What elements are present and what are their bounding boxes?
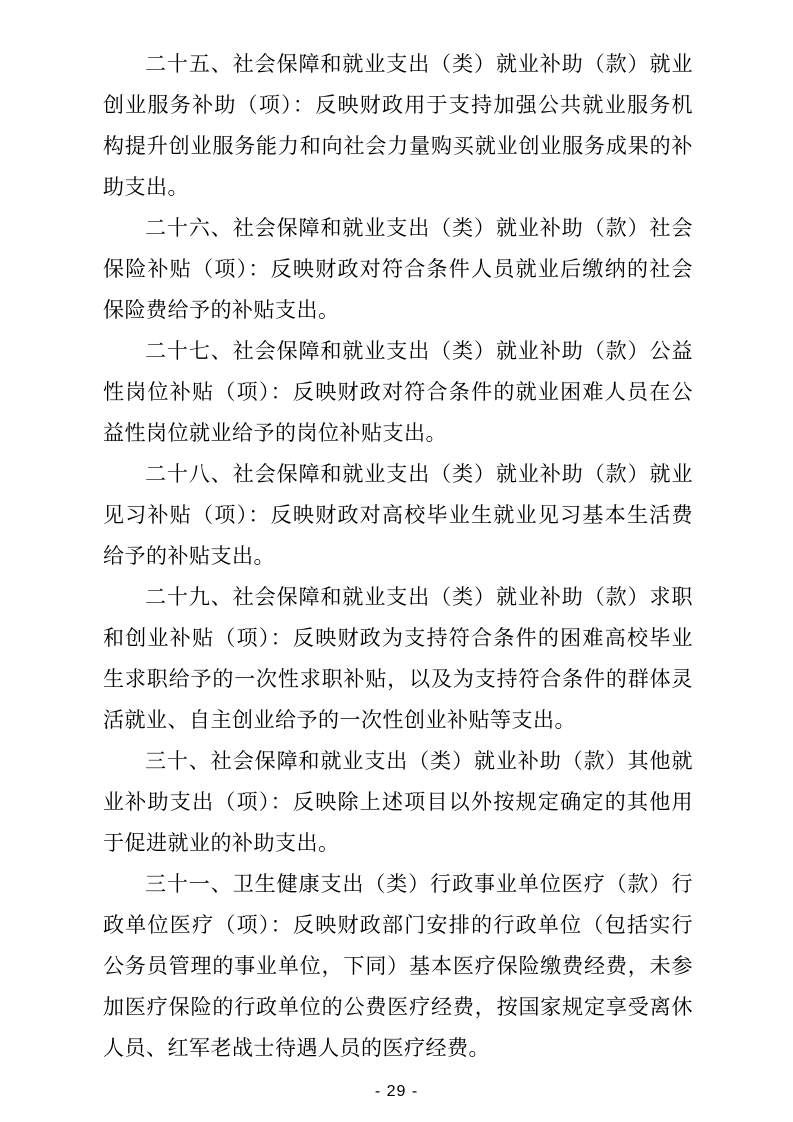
document-page: 二十五、社会保障和就业支出（类）就业补助（款）就业创业服务补助（项）：反映财政用… (0, 0, 793, 1122)
document-body: 二十五、社会保障和就业支出（类）就业补助（款）就业创业服务补助（项）：反映财政用… (103, 44, 693, 1069)
paragraph-item-26: 二十六、社会保障和就业支出（类）就业补助（款）社会保险补贴（项）：反映财政对符合… (103, 208, 693, 331)
paragraph-item-31: 三十一、卫生健康支出（类）行政事业单位医疗（款）行政单位医疗（项）：反映财政部门… (103, 864, 693, 1069)
page-number: - 29 - (0, 1083, 793, 1101)
paragraph-item-28: 二十八、社会保障和就业支出（类）就业补助（款）就业见习补贴（项）：反映财政对高校… (103, 454, 693, 577)
paragraph-item-27: 二十七、社会保障和就业支出（类）就业补助（款）公益性岗位补贴（项）：反映财政对符… (103, 331, 693, 454)
paragraph-item-29: 二十九、社会保障和就业支出（类）就业补助（款）求职和创业补贴（项）：反映财政为支… (103, 577, 693, 741)
paragraph-item-30: 三十、社会保障和就业支出（类）就业补助（款）其他就业补助支出（项）：反映除上述项… (103, 741, 693, 864)
paragraph-item-25: 二十五、社会保障和就业支出（类）就业补助（款）就业创业服务补助（项）：反映财政用… (103, 44, 693, 208)
